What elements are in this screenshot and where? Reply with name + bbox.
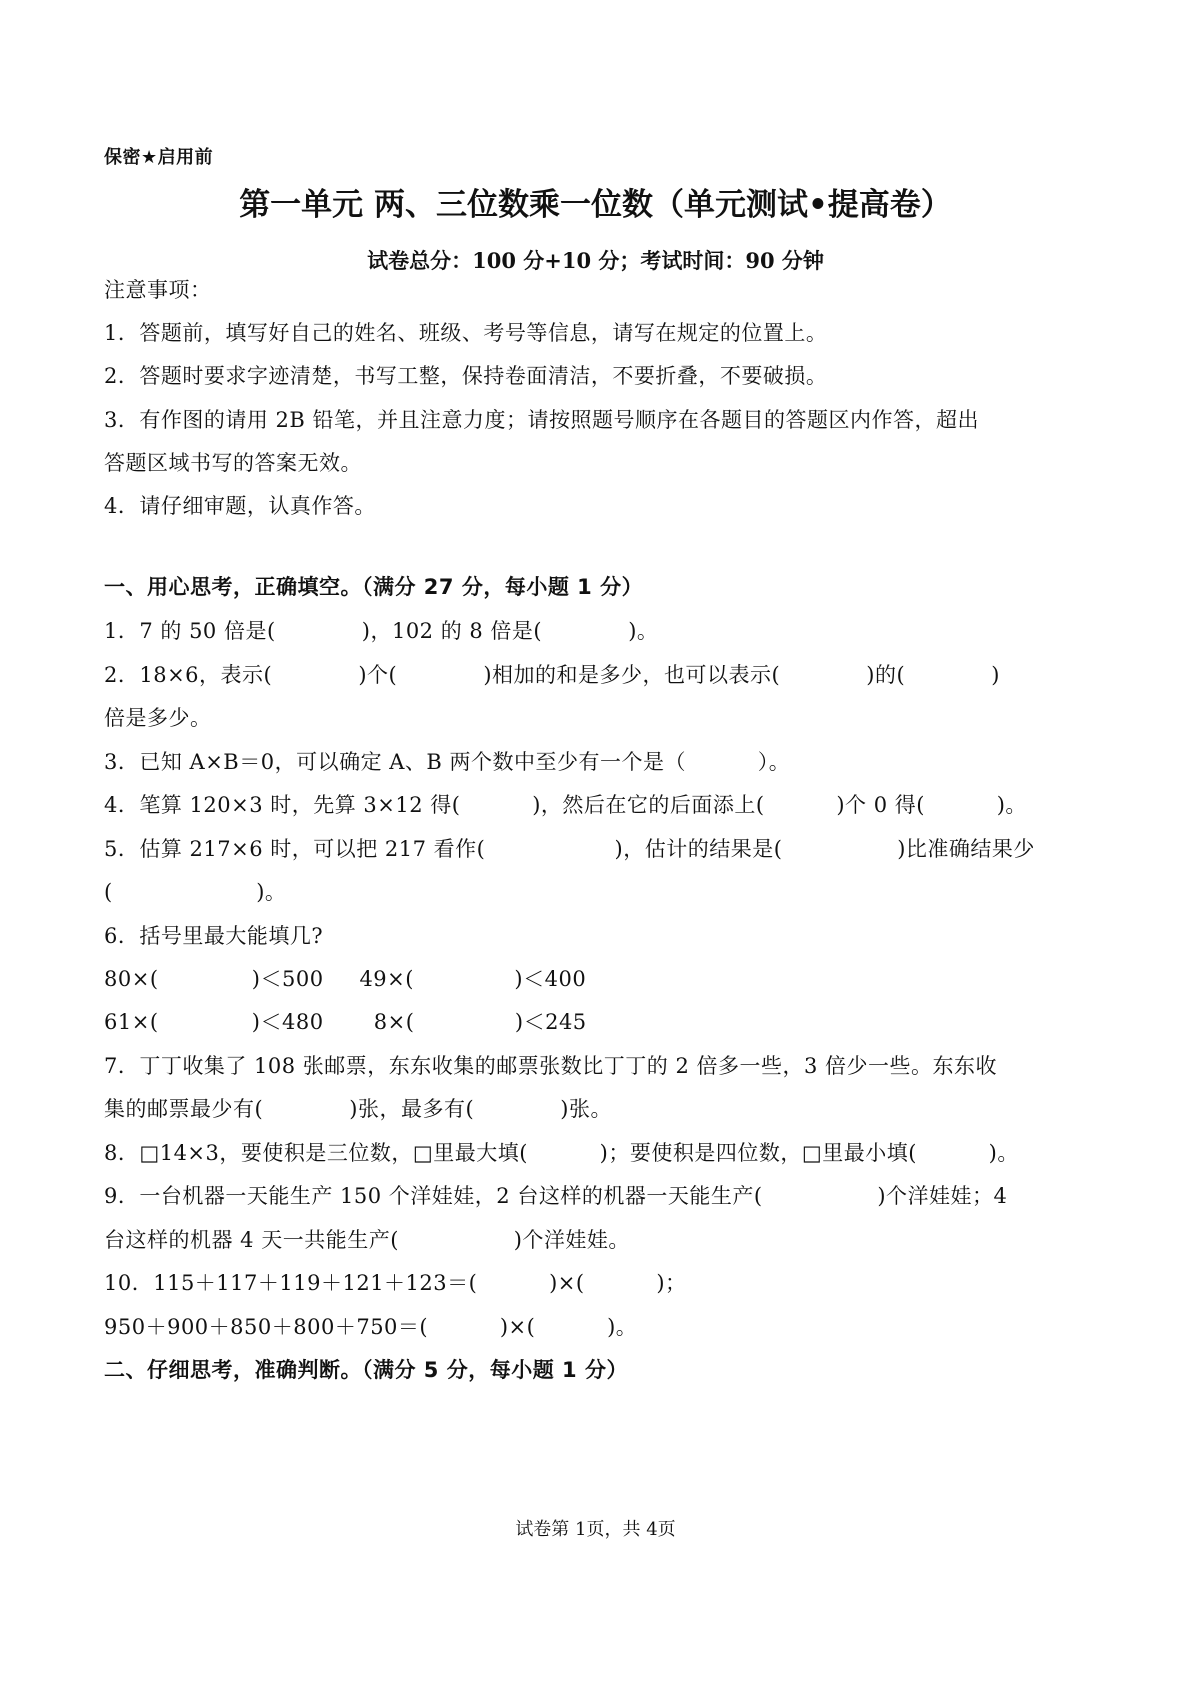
note-item: 3．有作图的请用 2B 铅笔，并且注意力度；请按照题号顺序在各题目的答题区内作答…	[104, 406, 979, 434]
note-item: 2．答题时要求字迹清楚，书写工整，保持卷面清洁，不要折叠，不要破损。	[104, 362, 827, 390]
page-title: 第一单元 两、三位数乘一位数（单元测试•提高卷）	[0, 185, 1191, 225]
question-9: 9．一台机器一天能生产 150 个洋娃娃，2 台这样的机器一天能生产( )个洋娃…	[104, 1182, 1007, 1210]
question-10: 10．115＋117＋119＋121＋123＝( )×( )；	[104, 1269, 687, 1297]
notes-heading: 注意事项：	[104, 276, 212, 304]
question-2-continued: 倍是多少。	[104, 704, 212, 732]
note-item: 4．请仔细审题，认真作答。	[104, 492, 376, 520]
question-10-continued: 950＋900＋850＋800＋750＝( )×( )。	[104, 1313, 637, 1341]
question-6-row-2: 61×( )＜480 8×( )＜245	[104, 1008, 587, 1036]
section-1-heading: 一、用心思考，正确填空。（满分 27 分，每小题 1 分）	[104, 573, 643, 601]
question-1: 1．7 的 50 倍是( )，102 的 8 倍是( )。	[104, 617, 658, 645]
question-3: 3．已知 A×B＝0，可以确定 A、B 两个数中至少有一个是（ ）。	[104, 748, 790, 776]
confidential-label: 保密★启用前	[104, 144, 213, 172]
question-5-continued: ( )。	[104, 878, 286, 906]
exam-page: 保密★启用前 第一单元 两、三位数乘一位数（单元测试•提高卷） 试卷总分：100…	[0, 0, 1191, 1684]
question-7-continued: 集的邮票最少有( )张，最多有( )张。	[104, 1095, 612, 1123]
question-7: 7．丁丁收集了 108 张邮票，东东收集的邮票张数比丁丁的 2 倍多一些，3 倍…	[104, 1052, 997, 1080]
question-9-continued: 台这样的机器 4 天一共能生产( )个洋娃娃。	[104, 1226, 630, 1254]
question-6-row-1: 80×( )＜500 49×( )＜400	[104, 965, 586, 993]
exam-info: 试卷总分：100 分+10 分；考试时间：90 分钟	[0, 247, 1191, 275]
section-2-heading: 二、仔细思考，准确判断。（满分 5 分，每小题 1 分）	[104, 1356, 628, 1384]
note-item: 1．答题前，填写好自己的姓名、班级、考号等信息，请写在规定的位置上。	[104, 319, 827, 347]
page-footer: 试卷第 1页，共 4页	[0, 1515, 1191, 1541]
note-item-continued: 答题区域书写的答案无效。	[104, 449, 362, 477]
question-2: 2．18×6，表示( )个( )相加的和是多少，也可以表示( )的( )	[104, 661, 1000, 689]
question-4: 4．笔算 120×3 时，先算 3×12 得( )，然后在它的后面添上( )个 …	[104, 791, 1027, 819]
question-6: 6．括号里最大能填几?	[104, 922, 323, 950]
question-5: 5．估算 217×6 时，可以把 217 看作( )，估计的结果是( )比准确结…	[104, 835, 1035, 863]
question-8: 8．□14×3，要使积是三位数，□里最大填( )；要使积是四位数，□里最小填( …	[104, 1139, 1019, 1167]
